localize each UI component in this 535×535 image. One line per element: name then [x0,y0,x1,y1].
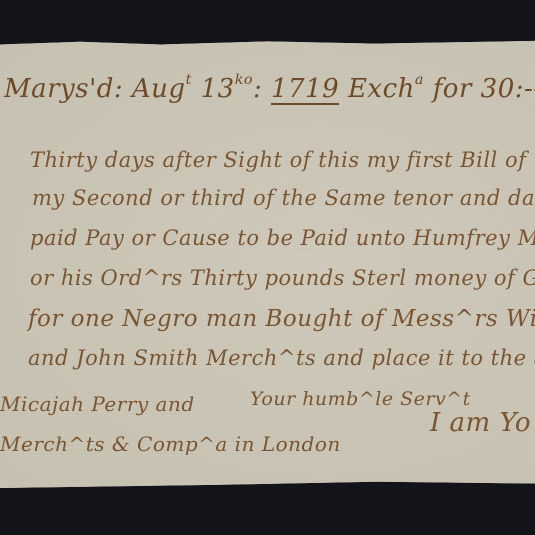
heading-place: Marys'd: [4,74,123,104]
heading-year: 1719 [271,74,339,104]
manuscript-paper: Marys'd: Augt 13ko: 1719 Excha for 30:--… [0,40,535,488]
body-line: for one Negro man Bought of Mess^rs Will… [28,306,535,332]
addressee-line: Micajah Perry and [0,392,195,416]
heading-exchange: Exch [348,74,415,104]
body-line: and John Smith Merch^ts and place it to … [28,346,535,370]
body-line: paid Pay or Cause to be Paid unto Humfre… [30,226,535,250]
body-line: my Second or third of the Same tenor and… [32,186,535,210]
document-heading: Marys'd: Augt 13ko: 1719 Excha for 30:--… [4,72,535,104]
addressee-line: Merch^ts & Comp^a in London [0,432,341,456]
heading-day-sup: ko [235,72,253,88]
body-line: Thirty days after Sight of this my first… [30,148,526,172]
photo-background: Marys'd: Augt 13ko: 1719 Excha for 30:--… [0,0,535,535]
heading-month: Aug [132,74,186,104]
heading-month-sup: t [186,72,192,88]
closing-salutation: Your humb^le Serv^t [250,388,471,410]
body-line: or his Ord^rs Thirty pounds Sterl money … [30,266,535,290]
heading-amount: for 30:-- [433,74,535,104]
heading-day: 13 [201,74,235,104]
signature: I am Yo [430,408,531,438]
heading-exchange-sup: a [415,72,424,88]
